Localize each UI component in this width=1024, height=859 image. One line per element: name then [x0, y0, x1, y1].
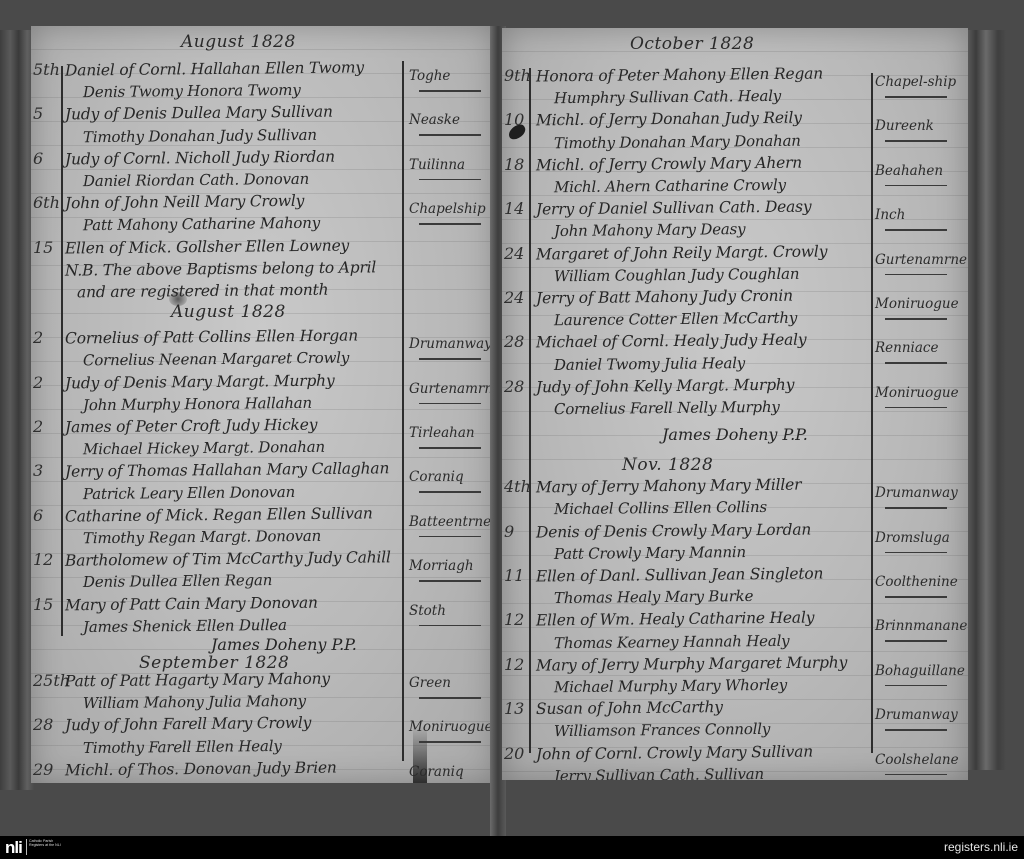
townland-name: Batteentrne [409, 514, 491, 530]
townland-name: Coraniq [409, 469, 464, 485]
month-heading: Nov. 1828 [622, 455, 713, 475]
entry-text-line: Daniel of Cornl. Hallahan Ellen Twomy [65, 58, 364, 79]
townland-name: Morriagh [409, 558, 474, 574]
entry-day: 4th [504, 477, 531, 496]
entry-day: 3 [33, 461, 43, 480]
townland-name: Gurtenamrne [409, 381, 495, 397]
entry-day: 5th [33, 60, 60, 79]
entry-day: 29 [33, 760, 53, 779]
entry-text-line: Michl. of Jerry Crowly Mary Ahern [536, 153, 802, 174]
entry-text-line: Ellen of Mick. Gollsher Ellen Lowney [65, 236, 349, 257]
entry-day: 9th [504, 66, 531, 85]
townland-name: Bohaguillane [875, 663, 965, 679]
entry-day: 28 [33, 715, 53, 734]
month-heading: October 1828 [630, 34, 754, 54]
month-heading: August 1828 [181, 32, 296, 52]
entry-text-line: Timothy Donahan Judy Sullivan [83, 125, 317, 145]
townland-underline [885, 596, 947, 598]
townland-underline [419, 358, 481, 360]
entry-text-line: Mary of Jerry Mahony Mary Miller [536, 476, 801, 497]
entry-text-line: Honora of Peter Mahony Ellen Regan [536, 64, 823, 85]
entry-text-line: Judy of John Farell Mary Crowly [65, 714, 311, 735]
townland-underline [885, 229, 947, 231]
townland-name: Dromsluga [875, 530, 950, 546]
townland-underline [419, 697, 481, 699]
entry-text-line: John Mahony Mary Deasy [554, 220, 746, 240]
townland-underline [885, 685, 947, 687]
entry-day: 2 [33, 417, 43, 436]
entry-text-line: Judy of Cornl. Nicholl Judy Riordan [65, 147, 335, 168]
month-heading: August 1828 [171, 302, 286, 322]
entry-day: 24 [504, 288, 524, 307]
townland-name: Chapelship [409, 201, 486, 217]
entry-day: 6 [33, 149, 43, 168]
priest-signature: James Doheny P.P. [662, 425, 808, 444]
entry-day: 14 [504, 199, 524, 218]
entry-day: 15 [33, 595, 53, 614]
image-viewer[interactable]: August 18285thDaniel of Cornl. Hallahan … [0, 0, 1024, 836]
entry-text-line: John of Cornl. Crowly Mary Sullivan [536, 742, 813, 763]
townland-name: Moniruogue [875, 385, 959, 401]
register-page-left: August 18285thDaniel of Cornl. Hallahan … [31, 26, 495, 783]
townland-underline [885, 407, 947, 409]
townland-underline [885, 507, 947, 509]
book-binding-left [0, 30, 34, 790]
entry-text-line: Williamson Frances Connolly [554, 720, 770, 740]
townland-underline [419, 625, 481, 627]
column-rule [402, 61, 404, 761]
entry-text-line: William Coughlan Judy Coughlan [554, 265, 799, 286]
entry-day: 10 [504, 110, 524, 129]
townland-name: Dureenk [875, 118, 934, 134]
townland-name: Tirleahan [409, 425, 475, 441]
entry-text-line: Michael Murphy Mary Whorley [554, 676, 787, 696]
nli-logo[interactable]: nli [5, 838, 22, 858]
entry-text-line: Denis Twomy Honora Twomy [83, 81, 301, 101]
entry-day: 15 [33, 238, 53, 257]
townland-name: Green [409, 675, 451, 691]
entry-text-line: Jerry of Batt Mahony Judy Cronin [536, 287, 793, 308]
entry-text-line: Bartholomew of Tim McCarthy Judy Cahill [65, 548, 391, 569]
logo-divider [26, 839, 27, 855]
townland-underline [885, 774, 947, 776]
entry-text-line: John of John Neill Mary Crowly [65, 192, 304, 213]
entry-text-line: Jerry of Daniel Sullivan Cath. Deasy [536, 198, 812, 219]
townland-underline [885, 362, 947, 364]
register-note: and are registered in that month [77, 281, 329, 302]
entry-text-line: Patrick Leary Ellen Donovan [83, 482, 295, 502]
margin-rule [529, 68, 531, 753]
entry-text-line: Thomas Kearney Hannah Healy [554, 631, 790, 651]
entry-text-line: Jerry Sullivan Cath. Sullivan [554, 765, 764, 780]
logo-caption: Catholic Parish Registers at the NLI [29, 839, 65, 848]
townland-underline [419, 580, 481, 582]
entry-text-line: Timothy Farell Ellen Healy [83, 737, 282, 757]
entry-text-line: Judy of John Kelly Margt. Murphy [536, 375, 794, 396]
townland-name: Neaske [409, 112, 460, 128]
entry-text-line: Cornelius Neenan Margaret Crowly [83, 349, 349, 370]
entry-text-line: Margaret of John Reily Margt. Crowly [536, 242, 827, 263]
register-page-right: October 18289thHonora of Peter Mahony El… [502, 28, 968, 780]
entry-day: 2 [33, 373, 43, 392]
entry-day: 2 [33, 328, 43, 347]
entry-day: 12 [504, 655, 524, 674]
townland-name: Beahahen [875, 163, 943, 179]
townland-name: Coraniq [409, 764, 464, 780]
entry-text-line: Patt Healy Nelly Farell [83, 781, 252, 783]
townland-name: Tuilinna [409, 157, 465, 173]
entry-day: 13 [504, 699, 524, 718]
entry-text-line: Michael of Cornl. Healy Judy Healy [536, 331, 807, 352]
entry-text-line: Thomas Healy Mary Burke [554, 587, 753, 607]
townland-underline [885, 140, 947, 142]
townland-underline [419, 179, 481, 181]
priest-signature: James Doheny P.P. [211, 635, 357, 654]
entry-text-line: Laurence Cotter Ellen McCarthy [554, 309, 797, 330]
entry-day: 12 [33, 550, 53, 569]
entry-text-line: Denis Dullea Ellen Regan [83, 571, 272, 591]
townland-underline [885, 274, 947, 276]
entry-text-line: Cornelius Farell Nelly Murphy [554, 398, 780, 418]
townland-underline [419, 403, 481, 405]
entry-text-line: Mary of Patt Cain Mary Donovan [65, 593, 318, 614]
townland-name: Brinnmanane [875, 618, 967, 634]
townland-name: Drumanway [409, 336, 492, 352]
entry-day: 20 [504, 744, 524, 763]
townland-underline [885, 640, 947, 642]
entry-day: 28 [504, 377, 524, 396]
entry-text-line: William Mahony Julia Mahony [83, 692, 306, 712]
townland-underline [419, 447, 481, 449]
townland-underline [885, 729, 947, 731]
townland-underline [419, 90, 481, 92]
townland-underline [419, 536, 481, 538]
entry-day: 11 [504, 566, 524, 585]
townland-name: Coolthenine [875, 574, 958, 590]
townland-name: Stoth [409, 603, 446, 619]
townland-name: Drumanway [875, 485, 958, 501]
entry-text-line: Patt Mahony Catharine Mahony [83, 214, 320, 234]
entry-text-line: Michael Collins Ellen Collins [554, 498, 767, 518]
townland-name: Drumanway [875, 707, 958, 723]
townland-underline [419, 741, 481, 743]
townland-name: Inch [875, 207, 905, 223]
register-note: N.B. The above Baptisms belong to April [65, 258, 376, 279]
townland-underline [885, 185, 947, 187]
entry-text-line: Judy of Denis Mary Margt. Murphy [65, 371, 335, 392]
entry-text-line: Timothy Regan Margt. Donovan [83, 527, 321, 547]
entry-day: 24 [504, 244, 524, 263]
townland-name: Chapel-ship [875, 74, 956, 90]
entry-text-line: John Murphy Honora Hallahan [83, 394, 312, 414]
entry-text-line: Michl. of Thos. Donovan Judy Brien [65, 758, 337, 779]
entry-day: 6 [33, 506, 43, 525]
entry-text-line: Michl. of Jerry Donahan Judy Reily [536, 109, 802, 130]
townland-underline [419, 134, 481, 136]
entry-text-line: Jerry of Thomas Hallahan Mary Callaghan [65, 460, 389, 481]
footer-bar: nli Catholic Parish Registers at the NLI… [0, 836, 1024, 859]
entry-text-line: Patt Crowly Mary Mannin [554, 543, 746, 563]
entry-text-line: Mary of Jerry Murphy Margaret Murphy [536, 653, 847, 674]
townland-name: Moniruogue [409, 719, 493, 735]
entry-text-line: James of Peter Croft Judy Hickey [65, 416, 317, 437]
entry-text-line: Denis of Denis Crowly Mary Lordan [536, 520, 811, 541]
site-url-link[interactable]: registers.nli.ie [944, 840, 1018, 854]
townland-underline [885, 552, 947, 554]
entry-text-line: Susan of John McCarthy [536, 698, 723, 718]
entry-day: 9 [504, 522, 514, 541]
entry-day: 18 [504, 155, 524, 174]
book-binding-right [966, 30, 1006, 770]
entry-text-line: Michl. Ahern Catharine Crowly [554, 176, 786, 196]
entry-text-line: Cornelius of Patt Collins Ellen Horgan [65, 327, 358, 348]
entry-text-line: Patt of Patt Hagarty Mary Mahony [65, 670, 330, 691]
entry-text-line: Daniel Riordan Cath. Donovan [83, 170, 309, 190]
entry-text-line: Ellen of Wm. Healy Catharine Healy [536, 609, 814, 630]
townland-name: Moniruogue [875, 296, 959, 312]
entry-text-line: Daniel Twomy Julia Healy [554, 354, 745, 374]
townland-name: Gurtenamrne [875, 252, 967, 268]
townland-name: Toghe [409, 68, 450, 84]
entry-day: 5 [33, 104, 43, 123]
entry-text-line: James Shenick Ellen Dullea [83, 616, 287, 636]
entry-text-line: Catharine of Mick. Regan Ellen Sullivan [65, 504, 373, 525]
entry-text-line: Judy of Denis Dullea Mary Sullivan [65, 103, 333, 124]
entry-day: 28 [504, 332, 524, 351]
townland-underline [419, 491, 481, 493]
townland-underline [885, 96, 947, 98]
entry-text-line: Timothy Donahan Mary Donahan [554, 131, 801, 152]
entry-day: 12 [504, 610, 524, 629]
entry-day: 6th [33, 193, 60, 212]
entry-text-line: Humphry Sullivan Cath. Healy [554, 87, 781, 107]
entry-text-line: Ellen of Danl. Sullivan Jean Singleton [536, 564, 823, 585]
townland-underline [419, 223, 481, 225]
column-rule [871, 73, 873, 753]
townland-name: Coolshelane [875, 752, 959, 768]
townland-underline [885, 318, 947, 320]
townland-name: Renniace [875, 340, 938, 356]
entry-text-line: Michael Hickey Margt. Donahan [83, 438, 325, 459]
margin-rule [61, 66, 63, 636]
